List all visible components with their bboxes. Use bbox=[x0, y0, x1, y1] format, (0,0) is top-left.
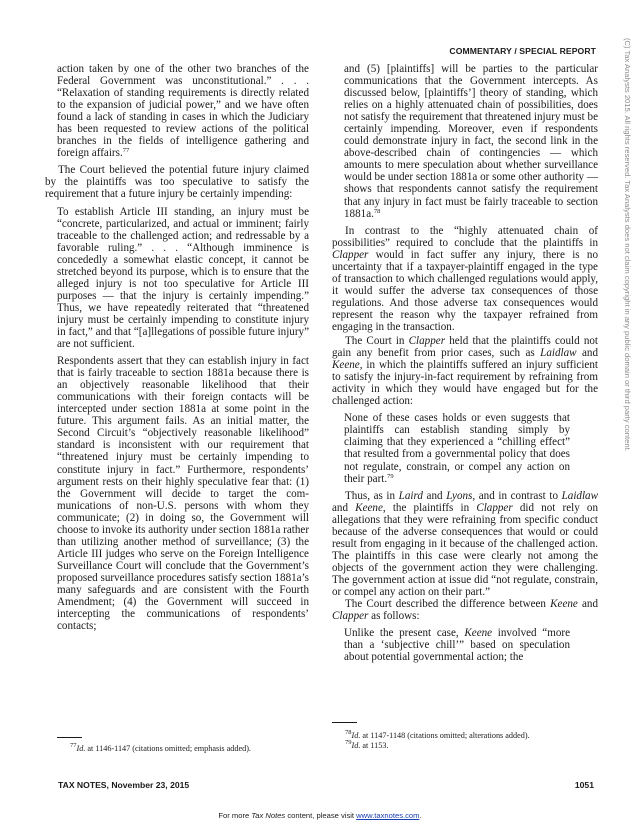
promo-line: For more Tax Notes content, please visit… bbox=[0, 811, 640, 820]
case-name: Keene bbox=[355, 502, 383, 514]
case-name: Lyons bbox=[446, 490, 472, 502]
block-quote-standing-judiciary: action taken by one of the other two bra… bbox=[45, 63, 309, 159]
footnote-divider-left bbox=[57, 737, 82, 738]
footnote-divider-right bbox=[332, 722, 357, 723]
footnote-ref-77[interactable]: 77 bbox=[123, 147, 130, 154]
case-name: Laidlaw bbox=[540, 347, 576, 359]
block-quote-continued: and (5) [plaintiffs] will be parties to … bbox=[332, 63, 598, 220]
case-name: Keene bbox=[332, 359, 360, 371]
case-name: Keene bbox=[550, 598, 578, 610]
case-name: Clapper bbox=[332, 610, 368, 622]
case-name: Clapper bbox=[332, 249, 368, 261]
footnote-ref-79[interactable]: 79 bbox=[387, 473, 394, 480]
case-name: Laidlaw bbox=[562, 490, 598, 502]
case-name: Laird bbox=[399, 490, 423, 502]
footnote-78: 78Id. at 1147-1148 (citations omitted; a… bbox=[345, 731, 530, 740]
paragraph-court-held: The Court in Clapper held that the plain… bbox=[332, 335, 598, 407]
paragraph-in-contrast: In contrast to the “highly attenuated ch… bbox=[332, 225, 598, 333]
publication-info: TAX NOTES, November 23, 2015 bbox=[58, 780, 189, 790]
footnote-79: 79Id. at 1153. bbox=[345, 741, 389, 750]
taxnotes-link[interactable]: www.taxnotes.com bbox=[356, 811, 419, 820]
footnote-ref-78[interactable]: 78 bbox=[374, 208, 381, 215]
block-quote-respondents-assert: Respondents assert that they can establi… bbox=[45, 355, 309, 632]
footnote-77: 77Id. at 1146-1147 (citations omitted; e… bbox=[70, 744, 251, 753]
block-quote-unlike-present-case: Unlike the present case, Keene involved … bbox=[332, 627, 598, 663]
copyright-watermark: (C) Tax Analysts 2015. All rights reserv… bbox=[623, 38, 632, 452]
right-column: and (5) [plaintiffs] will be parties to … bbox=[332, 63, 598, 663]
block-quote-chilling-effect: None of these cases holds or even sugges… bbox=[332, 412, 598, 484]
page-number: 1051 bbox=[575, 780, 594, 790]
case-name: Keene bbox=[464, 627, 492, 639]
paragraph-speculative-injury: The Court believed the potential future … bbox=[45, 164, 309, 200]
block-quote-article-iii: To establish Article III standing, an in… bbox=[45, 206, 309, 351]
case-name: Clapper bbox=[409, 335, 445, 347]
paragraph-court-described: The Court described the difference betwe… bbox=[332, 598, 598, 622]
running-header: COMMENTARY / SPECIAL REPORT bbox=[449, 46, 596, 56]
left-column: action taken by one of the other two bra… bbox=[45, 63, 309, 632]
paragraph-laird-lyons: Thus, as in Laird and Lyons, and in cont… bbox=[332, 490, 598, 598]
case-name: Clapper bbox=[476, 502, 512, 514]
